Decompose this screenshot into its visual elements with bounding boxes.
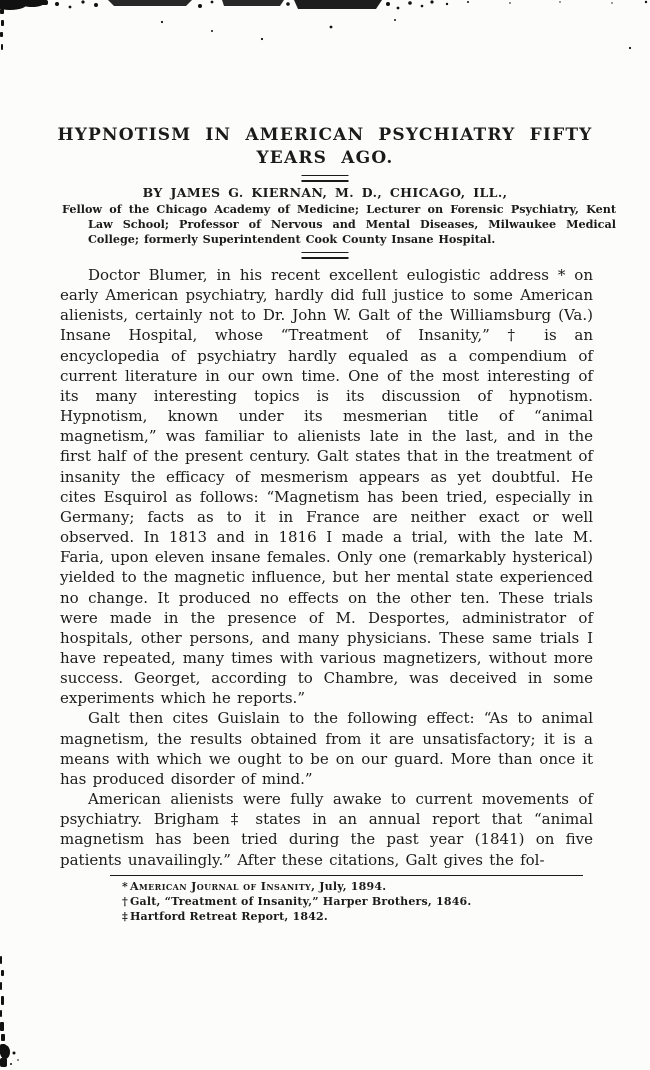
article-title: HYPNOTISM IN AMERICAN PSYCHIATRY FIFTY Y… xyxy=(0,124,650,170)
footnote-2-marker: † xyxy=(122,895,128,908)
footnote-2: †Galt, “Treatment of Insanity,” Harper B… xyxy=(122,894,593,909)
author-affiliation: Fellow of the Chicago Academy of Medicin… xyxy=(62,202,616,248)
article-title-line2: YEARS AGO. xyxy=(0,147,650,170)
footnote-1-marker: * xyxy=(122,880,128,893)
scan-noise-top-edge xyxy=(0,0,650,60)
header-divider-rule xyxy=(302,252,349,259)
article-title-line1: HYPNOTISM IN AMERICAN PSYCHIATRY FIFTY xyxy=(0,124,650,147)
author-byline: BY JAMES G. KIERNAN, M. D., CHICAGO, ILL… xyxy=(0,185,650,200)
footnote-rule xyxy=(110,875,583,876)
footnote-3-marker: ‡ xyxy=(122,910,128,923)
footnote-2-text: Galt, “Treatment of Insanity,” Harper Br… xyxy=(130,895,471,908)
footnote-3: ‡Hartford Retreat Report, 1842. xyxy=(122,909,593,924)
scan-noise-left-edge xyxy=(0,952,26,1070)
scanned-journal-page: HYPNOTISM IN AMERICAN PSYCHIATRY FIFTY Y… xyxy=(0,0,650,1070)
footnote-1-text: , July, 1894. xyxy=(311,880,386,893)
paragraph-1: Doctor Blumer, in his recent excellent e… xyxy=(60,265,593,708)
footnote-1: *American Journal of Insanity, July, 189… xyxy=(122,879,593,894)
footnote-1-journal: American Journal of Insanity xyxy=(130,880,311,893)
paragraph-2: Galt then cites Guislain to the followin… xyxy=(60,708,593,789)
footnote-3-text: Hartford Retreat Report, 1842. xyxy=(130,910,328,923)
article-body: Doctor Blumer, in his recent excellent e… xyxy=(60,265,593,924)
footnotes: *American Journal of Insanity, July, 189… xyxy=(122,879,593,925)
title-divider-rule xyxy=(302,175,349,182)
paragraph-3: American alienists were fully awake to c… xyxy=(60,789,593,870)
